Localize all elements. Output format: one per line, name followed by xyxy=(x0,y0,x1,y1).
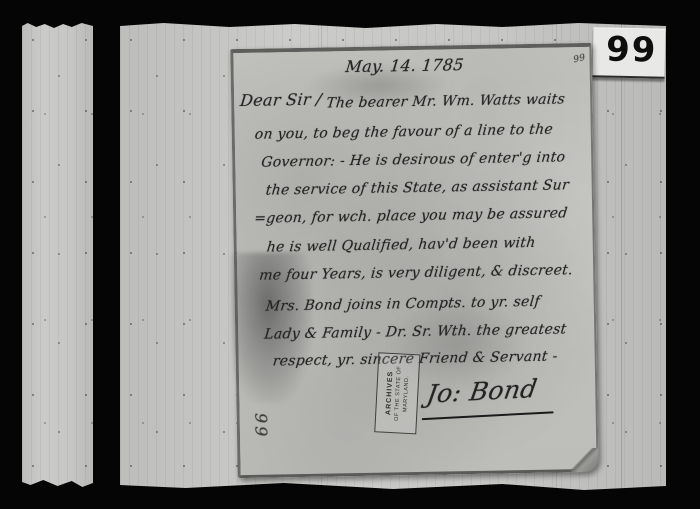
letter-page: May. 14. 1785 99 Dear Sir / The bearer M… xyxy=(230,43,598,478)
signature: Jo: Bond xyxy=(425,374,540,409)
letter-salutation: Dear Sir / xyxy=(239,90,323,110)
letter-line: The bearer Mr. Wm. Watts waits xyxy=(325,91,565,111)
letter-date: May. 14. 1785 xyxy=(345,55,465,76)
stamp-line: MARYLAND. xyxy=(401,375,411,412)
film-scratch xyxy=(621,23,622,490)
signature-flourish xyxy=(422,411,554,420)
page-number-card: 99 xyxy=(592,27,665,78)
letter-line: Governor: - He is desirous of enter'g in… xyxy=(260,149,566,170)
handwritten-page-number: 99 xyxy=(251,413,270,440)
corner-mark: 99 xyxy=(573,53,587,65)
page-number: 99 xyxy=(606,30,658,71)
letter-line: Lady & Family - Dr. Sr. Wth. the greates… xyxy=(263,321,567,342)
letter-line: me four Years, is very diligent, & discr… xyxy=(258,262,573,284)
letter-line: he is well Qualified, hav'd been with xyxy=(266,235,537,256)
letter-line: the service of this State, as assistant … xyxy=(265,177,570,198)
microfilm-frame: 99 May. 14. 1785 99 Dear Sir / The beare… xyxy=(0,0,700,509)
film-strip-left xyxy=(22,23,93,487)
letter-line: =geon, for wch. place you may be assured xyxy=(253,205,568,227)
archives-stamp: ARCHIVES OF THE STATE OF MARYLAND. xyxy=(374,352,420,434)
letter-line: on you, to beg the favour of a line to t… xyxy=(254,122,554,143)
letter-line: Mrs. Bond joins in Compts. to yr. self xyxy=(265,294,541,315)
